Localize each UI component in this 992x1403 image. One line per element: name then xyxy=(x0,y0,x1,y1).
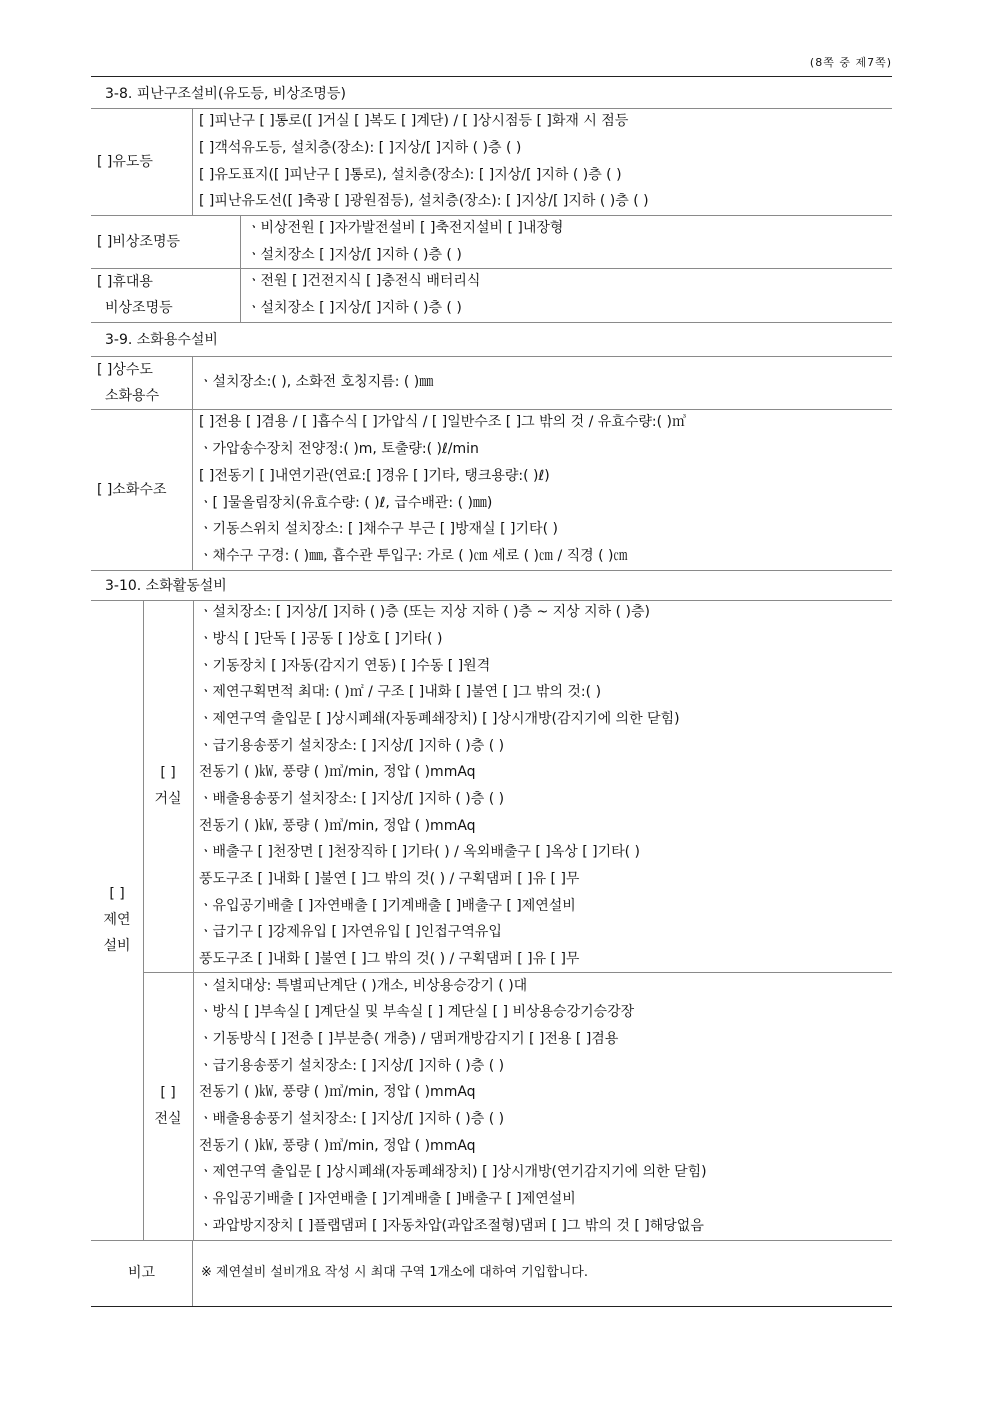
form-line: ㆍ배출용송풍기 설치장소: [ ]지상/[ ]지하 ( )층 ( ) xyxy=(199,1106,892,1133)
form-line: 풍도구조 [ ]내화 [ ]불연 [ ]그 밖의 것( ) / 구획댐퍼 [ ]… xyxy=(199,946,892,973)
living-room-label: [ ] 거실 xyxy=(143,600,194,972)
form-line: ㆍ유입공기배출 [ ]자연배출 [ ]기계배출 [ ]배출구 [ ]제연설비 xyxy=(199,893,892,920)
form-line: ㆍ설치장소:( ), 소화전 호칭지름: ( )㎜ xyxy=(199,369,892,396)
form-line: [ ]피난유도선([ ]축광 [ ]광원점등), 설치층(장소): [ ]지상/… xyxy=(199,188,892,215)
form-line: 전동기 ( )㎾, 풍량 ( )㎥/min, 정압 ( )mmAq xyxy=(199,1133,892,1160)
form-line: [ ]객석유도등, 설치층(장소): [ ]지상/[ ]지하 ( )층 ( ) xyxy=(199,135,892,162)
form-line: ㆍ급기구 [ ]강제유입 [ ]자연유입 [ ]인접구역유입 xyxy=(199,919,892,946)
guide-light-label: [ ]유도등 xyxy=(91,108,193,215)
form-line: ㆍ[ ]물올림장치(유효수량: ( )ℓ, 급수배관: ( )㎜) xyxy=(199,490,892,517)
form-line: ㆍ유입공기배출 [ ]자연배출 [ ]기계배출 [ ]배출구 [ ]제연설비 xyxy=(199,1186,892,1213)
form-line: ㆍ배출구 [ ]천장면 [ ]천장직하 [ ]기타( ) / 옥외배출구 [ ]… xyxy=(199,839,892,866)
form-line: ㆍ방식 [ ]단독 [ ]공동 [ ]상호 [ ]기타( ) xyxy=(199,626,892,653)
form-line: ㆍ가압송수장치 전양정:( )m, 토출량:( )ℓ/min xyxy=(199,436,892,463)
row-portable-light: [ ]휴대용 비상조명등 ㆍ전원 [ ]건전지식 [ ]충전식 배터리식 ㆍ설치… xyxy=(91,268,892,323)
remarks-text: ※ 제연설비 설비개요 작성 시 최대 구역 1개소에 대하여 기입합니다. xyxy=(201,1260,892,1287)
row-water-tank: [ ]소화수조 [ ]전용 [ ]겸용 / [ ]흡수식 [ ]가압식 / [ … xyxy=(91,409,892,571)
form-line: ㆍ급기용송풍기 설치장소: [ ]지상/[ ]지하 ( )층 ( ) xyxy=(199,733,892,760)
form-line: ㆍ설치장소 [ ]지상/[ ]지하 ( )층 ( ) xyxy=(247,242,892,269)
form-line: ㆍ배출용송풍기 설치장소: [ ]지상/[ ]지하 ( )층 ( ) xyxy=(199,786,892,813)
form-line: ㆍ기동장치 [ ]자동(감지기 연동) [ ]수동 [ ]원격 xyxy=(199,653,892,680)
page-number: (8쪽 중 제7쪽) xyxy=(810,54,892,70)
form-line: ㆍ기동방식 [ ]전층 [ ]부분층( 개층) / 댐퍼개방감지기 [ ]전용 … xyxy=(199,1026,892,1053)
remarks-label: 비고 xyxy=(91,1240,193,1306)
guide-light-content: [ ]피난구 [ ]통로([ ]거실 [ ]복도 [ ]계단) / [ ]상시점… xyxy=(193,108,892,215)
row-guide-light: [ ]유도등 [ ]피난구 [ ]통로([ ]거실 [ ]복도 [ ]계단) /… xyxy=(91,108,892,216)
form-line: [ ]유도표지([ ]피난구 [ ]통로), 설치층(장소): [ ]지상/[ … xyxy=(199,162,892,189)
form-line: ㆍ설치장소 [ ]지상/[ ]지하 ( )층 ( ) xyxy=(247,295,892,322)
water-supply-label: [ ]상수도 소화용수 xyxy=(91,356,193,409)
form-line: 전동기 ( )㎾, 풍량 ( )㎥/min, 정압 ( )mmAq xyxy=(199,1079,892,1106)
smoke-control-label: [ ] 제연 설비 xyxy=(91,600,144,1240)
vestibule-content: ㆍ설치대상: 특별피난계단 ( )개소, 비상용승강기 ( )대 ㆍ방식 [ ]… xyxy=(193,972,892,1240)
vestibule-label: [ ] 전실 xyxy=(143,972,194,1240)
form-line: 전동기 ( )㎾, 풍량 ( )㎥/min, 정압 ( )mmAq xyxy=(199,759,892,786)
form-line: 풍도구조 [ ]내화 [ ]불연 [ ]그 밖의 것( ) / 구획댐퍼 [ ]… xyxy=(199,866,892,893)
form-line: ㆍ설치대상: 특별피난계단 ( )개소, 비상용승강기 ( )대 xyxy=(199,973,892,1000)
bottom-rule xyxy=(91,1306,892,1307)
form-line: [ ]전용 [ ]겸용 / [ ]흡수식 [ ]가압식 / [ ]일반수조 [ … xyxy=(199,409,892,436)
remarks-content: ※ 제연설비 설비개요 작성 시 최대 구역 1개소에 대하여 기입합니다. xyxy=(193,1240,892,1306)
row-smoke-control: [ ] 제연 설비 [ ] 거실 ㆍ설치장소: [ ]지상/[ ]지하 ( )층… xyxy=(91,600,892,1241)
form-line: ㆍ채수구 구경: ( )㎜, 흡수관 투입구: 가로 ( )㎝ 세로 ( )㎝ … xyxy=(199,543,892,570)
form-line: ㆍ설치장소: [ ]지상/[ ]지하 ( )층 (또는 지상 지하 ( )층 ~… xyxy=(199,599,892,626)
section-3-10-heading: 3-10. 소화활동설비 xyxy=(91,570,892,601)
subrow-living-room: [ ] 거실 ㆍ설치장소: [ ]지상/[ ]지하 ( )층 (또는 지상 지하… xyxy=(143,600,892,973)
form-line: ㆍ비상전원 [ ]자가발전설비 [ ]축전지설비 [ ]내장형 xyxy=(247,215,892,242)
water-tank-label: [ ]소화수조 xyxy=(91,409,193,570)
emergency-light-content: ㆍ비상전원 [ ]자가발전설비 [ ]축전지설비 [ ]내장형 ㆍ설치장소 [ … xyxy=(241,215,892,268)
form-line: [ ]전동기 [ ]내연기관(연료:[ ]경유 [ ]기타, 탱크용량:( )ℓ… xyxy=(199,463,892,490)
form-line: ㆍ제연구역 출입문 [ ]상시폐쇄(자동폐쇄장치) [ ]상시개방(감지기에 의… xyxy=(199,706,892,733)
form-line: ㆍ급기용송풍기 설치장소: [ ]지상/[ ]지하 ( )층 ( ) xyxy=(199,1053,892,1080)
row-water-supply: [ ]상수도 소화용수 ㆍ설치장소:( ), 소화전 호칭지름: ( )㎜ xyxy=(91,356,892,410)
form-line: ㆍ제연구역 출입문 [ ]상시폐쇄(자동폐쇄장치) [ ]상시개방(연기감지기에… xyxy=(199,1159,892,1186)
portable-light-label: [ ]휴대용 비상조명등 xyxy=(91,268,241,322)
section-3-8-heading: 3-8. 피난구조설비(유도등, 비상조명등) xyxy=(91,78,892,109)
form-line: ㆍ기동스위치 설치장소: [ ]채수구 부근 [ ]방재실 [ ]기타( ) xyxy=(199,516,892,543)
emergency-light-label: [ ]비상조명등 xyxy=(91,215,241,268)
row-emergency-light: [ ]비상조명등 ㆍ비상전원 [ ]자가발전설비 [ ]축전지설비 [ ]내장형… xyxy=(91,215,892,269)
form-line: 전동기 ( )㎾, 풍량 ( )㎥/min, 정압 ( )mmAq xyxy=(199,813,892,840)
form-line: ㆍ과압방지장치 [ ]플랩댐퍼 [ ]자동차압(과압조절형)댐퍼 [ ]그 밖의… xyxy=(199,1213,892,1240)
form-line: ㆍ방식 [ ]부속실 [ ]계단실 및 부속실 [ ] 계단실 [ ] 비상용승… xyxy=(199,999,892,1026)
living-room-content: ㆍ설치장소: [ ]지상/[ ]지하 ( )층 (또는 지상 지하 ( )층 ~… xyxy=(193,600,892,972)
form-line: ㆍ제연구획면적 최대: ( )㎡ / 구조 [ ]내화 [ ]불연 [ ]그 밖… xyxy=(199,679,892,706)
water-tank-content: [ ]전용 [ ]겸용 / [ ]흡수식 [ ]가압식 / [ ]일반수조 [ … xyxy=(193,409,892,570)
subrow-vestibule: [ ] 전실 ㆍ설치대상: 특별피난계단 ( )개소, 비상용승강기 ( )대 … xyxy=(143,972,892,1240)
water-supply-content: ㆍ설치장소:( ), 소화전 호칭지름: ( )㎜ xyxy=(193,356,892,409)
form-line: ㆍ전원 [ ]건전지식 [ ]충전식 배터리식 xyxy=(247,268,892,295)
section-3-9-heading: 3-9. 소화용수설비 xyxy=(91,322,892,357)
form-line: [ ]피난구 [ ]통로([ ]거실 [ ]복도 [ ]계단) / [ ]상시점… xyxy=(199,108,892,135)
portable-light-content: ㆍ전원 [ ]건전지식 [ ]충전식 배터리식 ㆍ설치장소 [ ]지상/[ ]지… xyxy=(241,268,892,322)
row-remarks: 비고 ※ 제연설비 설비개요 작성 시 최대 구역 1개소에 대하여 기입합니다… xyxy=(91,1240,892,1306)
top-rule xyxy=(91,76,892,77)
